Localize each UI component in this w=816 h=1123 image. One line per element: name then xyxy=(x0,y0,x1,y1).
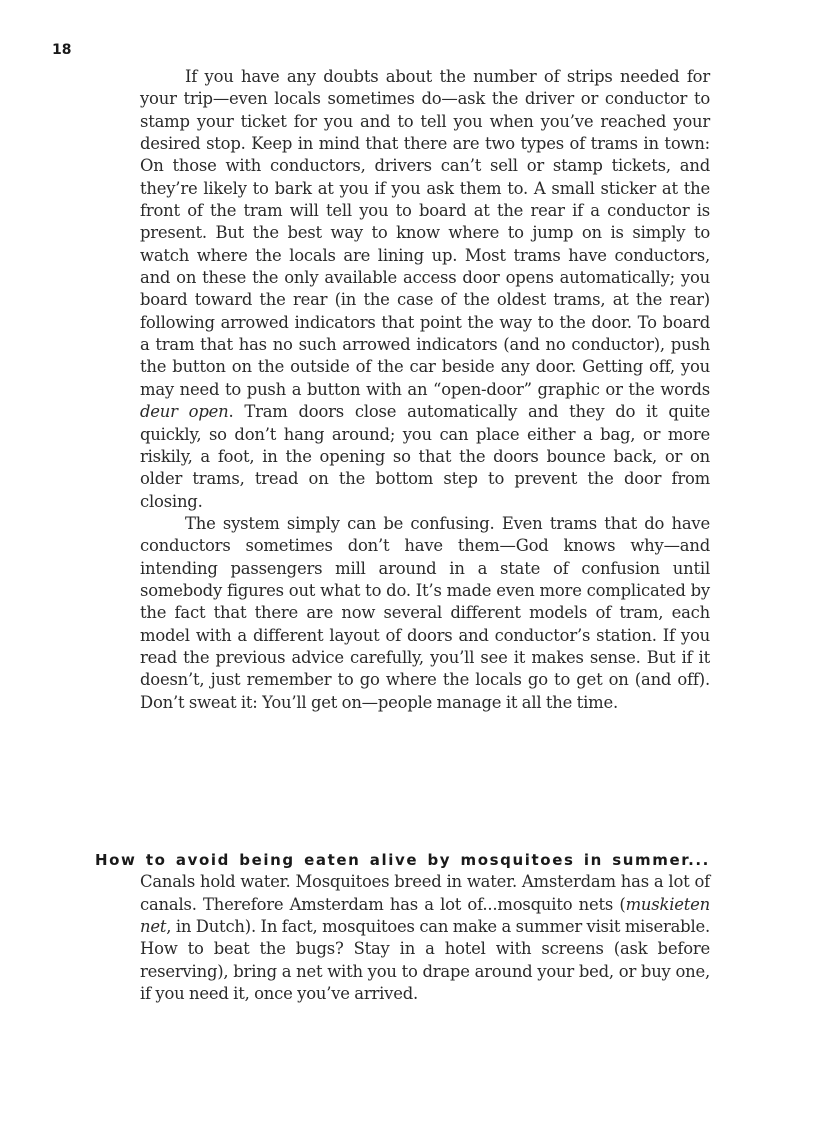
paragraph-text: The system simply can be confusing. Even… xyxy=(140,514,710,712)
page-number: 18 xyxy=(52,42,71,58)
paragraph-confusing-system: The system simply can be confusing. Even… xyxy=(140,513,710,714)
section-heading: How to avoid being eaten alive by mosqui… xyxy=(95,851,710,869)
paragraph-tram-tickets: If you have any doubts about the number … xyxy=(140,66,710,513)
paragraph-text: If you have any doubts about the number … xyxy=(140,67,710,399)
body-text: If you have any doubts about the number … xyxy=(140,66,710,714)
mosquito-section: How to avoid being eaten alive by mosqui… xyxy=(140,849,710,1005)
section-text: , in Dutch). In fact, mosquitoes can mak… xyxy=(140,917,710,1003)
section-paragraph: How to avoid being eaten alive by mosqui… xyxy=(140,849,710,1005)
section-text: Canals hold water. Mosquitoes breed in w… xyxy=(140,872,710,913)
italic-term-deur-open: deur open xyxy=(140,402,228,421)
